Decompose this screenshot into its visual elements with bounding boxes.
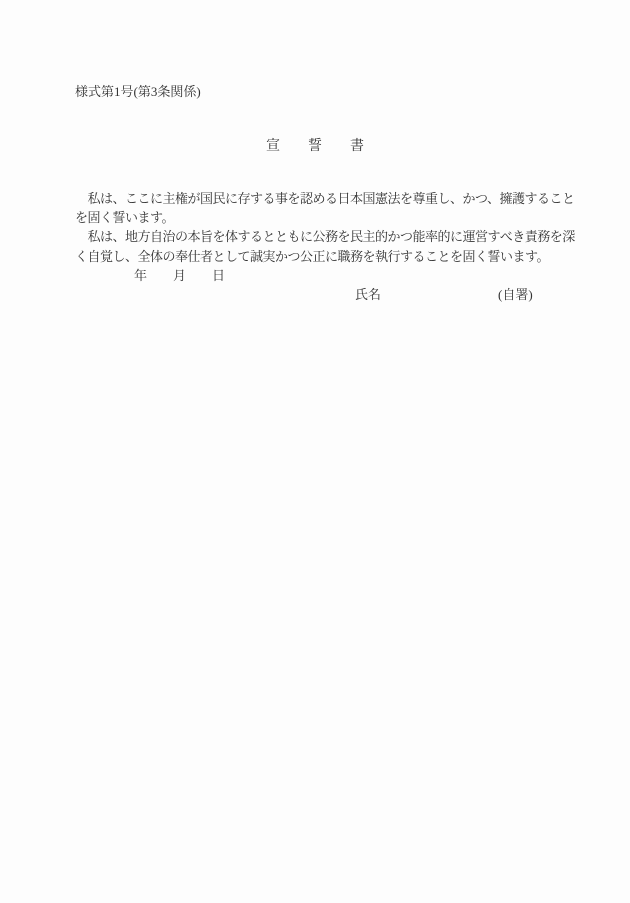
page-title: 宣 誓 書 bbox=[0, 135, 630, 155]
oath-body: 私は、ここに主権が国民に存する事を認める日本国憲法を尊重し、かつ、擁護すること … bbox=[75, 189, 575, 304]
self-sign-label: (自署) bbox=[498, 285, 533, 304]
paragraph2-line1: 私は、地方自治の本旨を体するとともに公務を民主的かつ能率的に運営すべき責務を深 bbox=[75, 227, 575, 246]
paragraph2-line2: く自覚し、全体の奉仕者として誠実かつ公正に職務を執行することを固く誓います。 bbox=[75, 247, 575, 266]
form-number-label: 様式第1号(第3条関係) bbox=[75, 81, 201, 100]
date-line: 年 月 日 bbox=[75, 266, 575, 285]
paragraph1-line1: 私は、ここに主権が国民に存する事を認める日本国憲法を尊重し、かつ、擁護すること bbox=[75, 189, 575, 208]
paragraph1-line2: を固く誓います。 bbox=[75, 208, 575, 227]
signature-line: 氏名 (自署) bbox=[75, 285, 575, 304]
oath-form-page: 様式第1号(第3条関係) 宣 誓 書 私は、ここに主権が国民に存する事を認める日… bbox=[0, 0, 630, 903]
name-label: 氏名 bbox=[355, 285, 381, 304]
